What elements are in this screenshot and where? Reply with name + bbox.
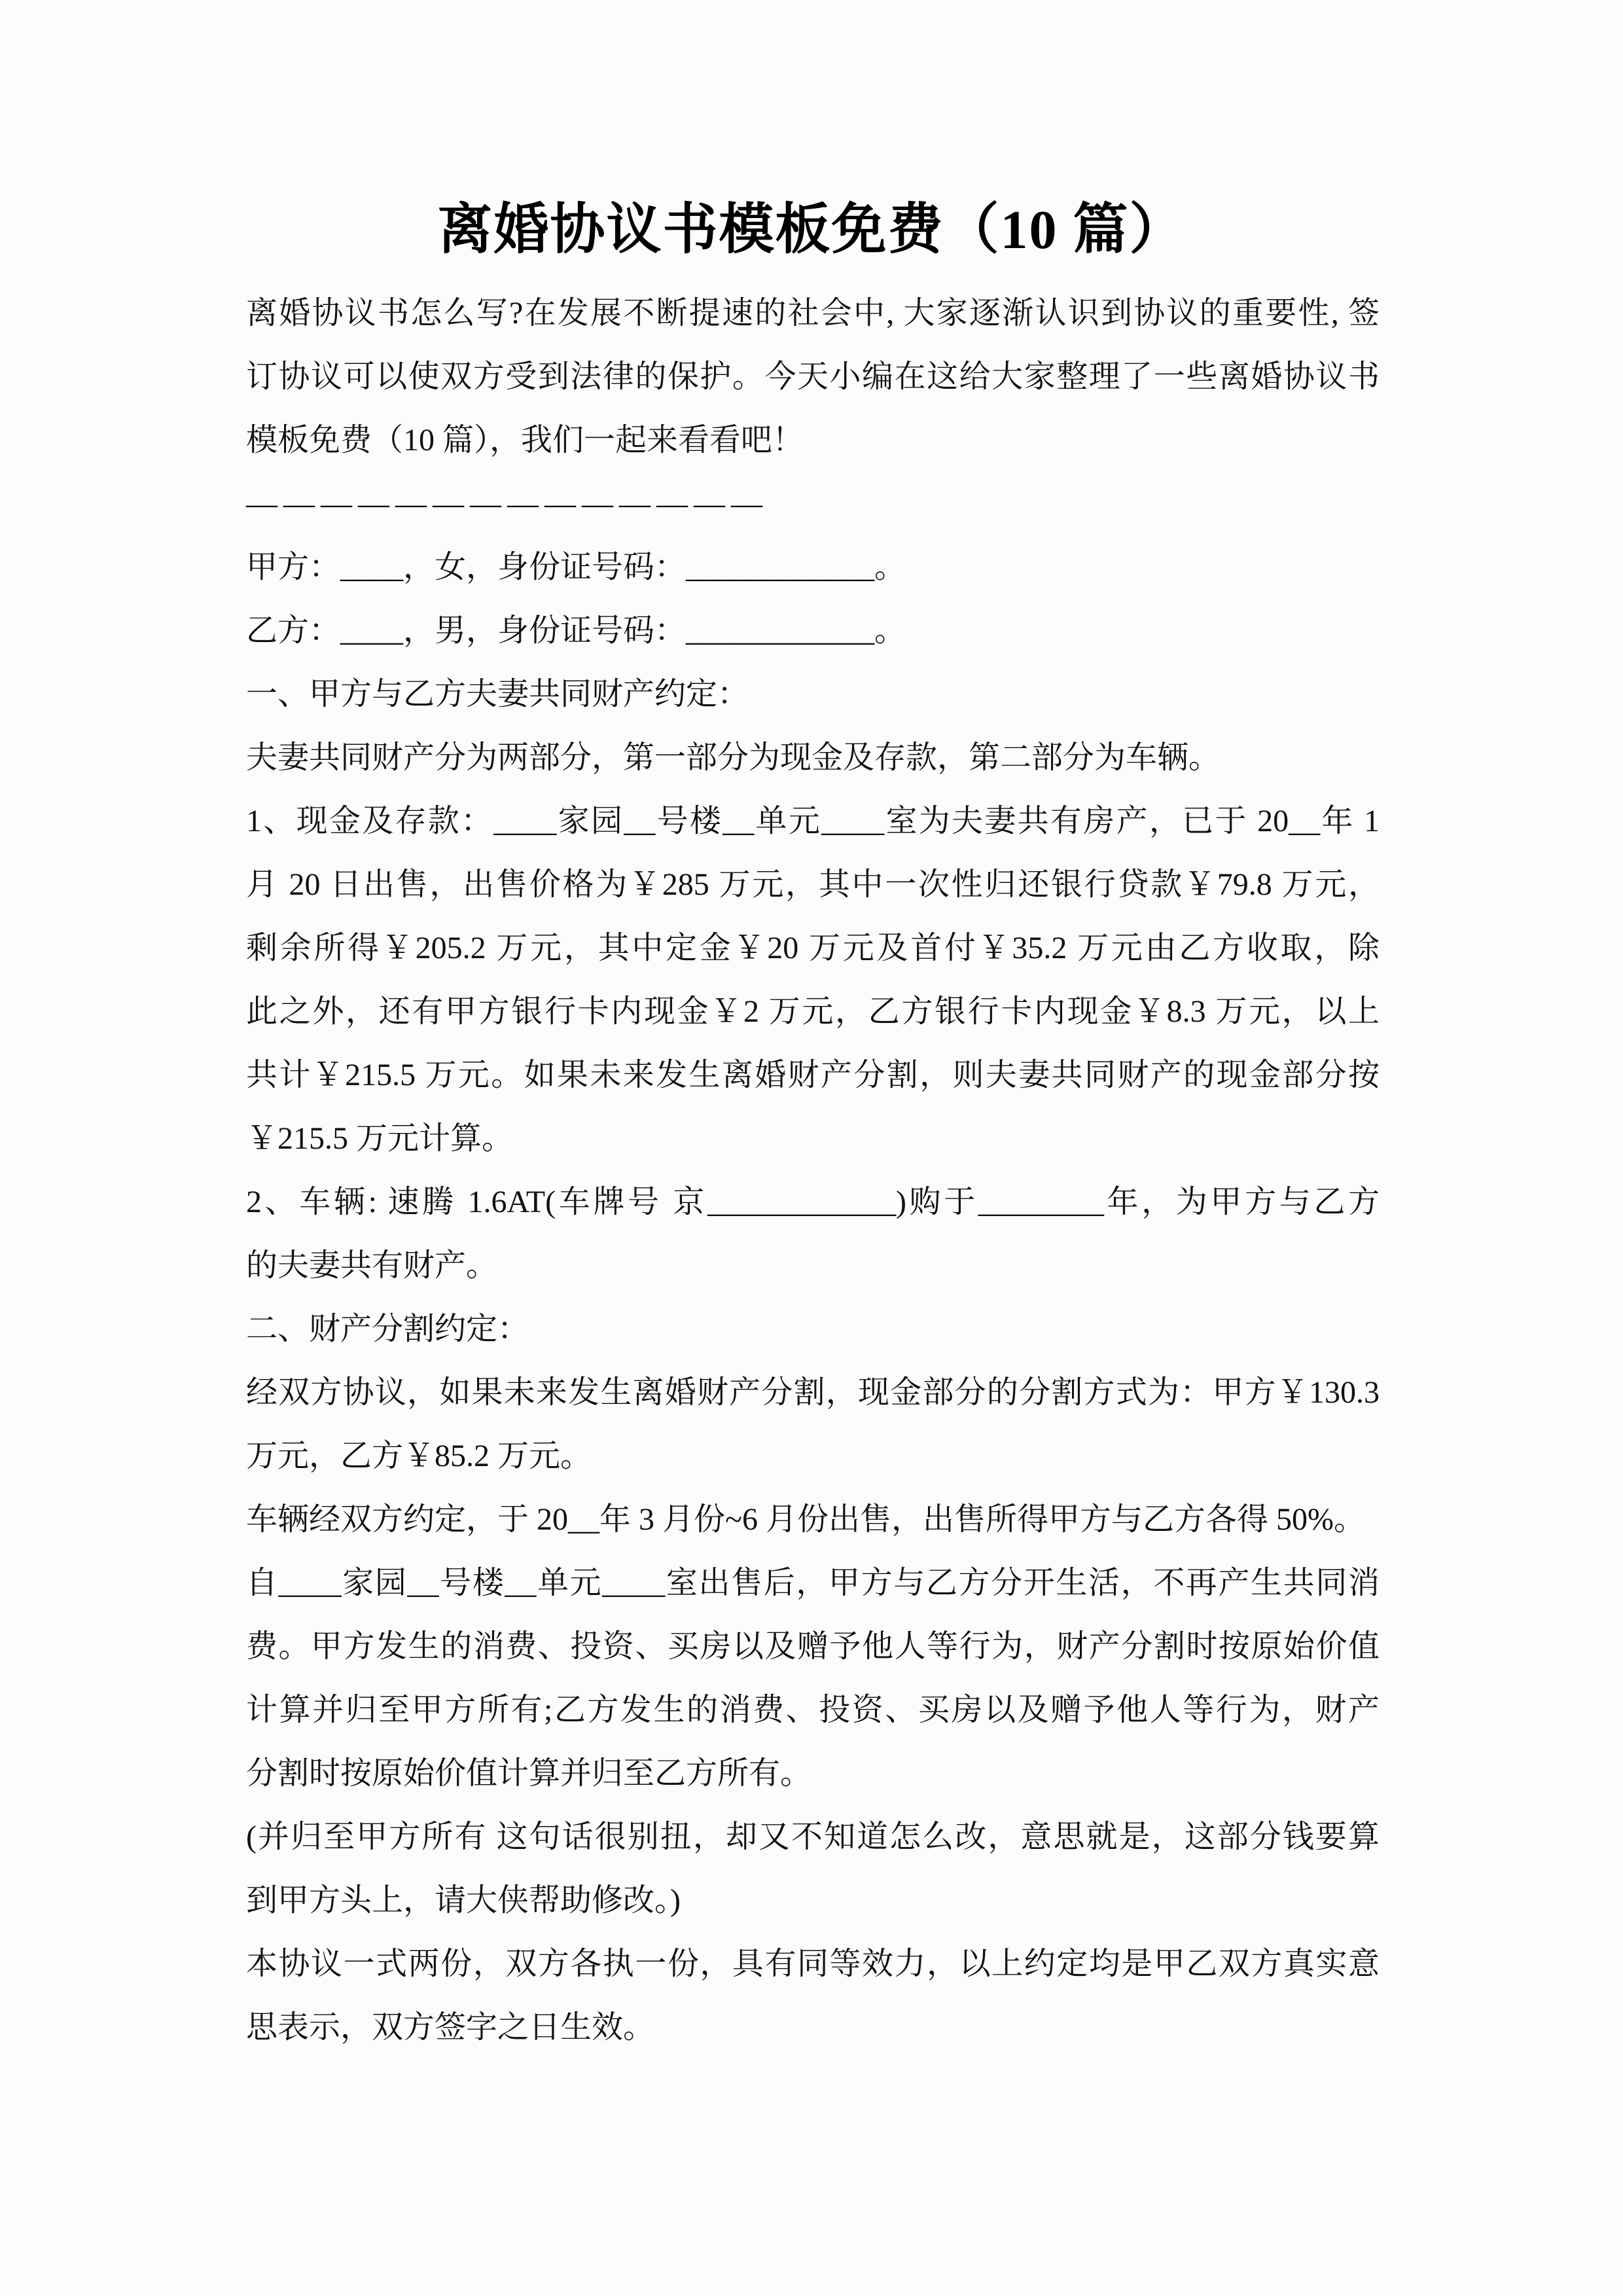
text-line: 计算并归至甲方所有;乙方发生的消费、投资、买房以及赠予他人等行为，财产 (246, 1678, 1380, 1742)
text-line: 费。甲方发生的消费、投资、买房以及赠予他人等行为，财产分割时按原始价值 (246, 1615, 1380, 1678)
text-line: 夫妻共同财产分为两部分，第一部分为现金及存款，第二部分为车辆。 (246, 726, 1380, 789)
text-line: 甲方：____，女，身份证号码：____________。 (246, 535, 1380, 599)
text-line: 月 20 日出售，出售价格为￥285 万元，其中一次性归还银行贷款￥79.8 万… (246, 853, 1380, 916)
page-title: 离婚协议书模板免费（10 篇） (0, 200, 1623, 260)
text-line: 此之外，还有甲方银行卡内现金￥2 万元，乙方银行卡内现金￥8.3 万元，以上 (246, 980, 1380, 1043)
text-line: 2、车辆: 速腾 1.6AT(车牌号 京____________)购于_____… (246, 1170, 1380, 1234)
text-line: ￥215.5 万元计算。 (246, 1107, 1380, 1170)
text-line: (并归至甲方所有 这句话很别扭，却又不知道怎么改，意思就是，这部分钱要算 (246, 1805, 1380, 1869)
document-body: 离婚协议书怎么写?在发展不断提速的社会中, 大家逐渐认识到协议的重要性, 签订协… (246, 281, 1380, 2059)
text-line: 剩余所得￥205.2 万元，其中定金￥20 万元及首付￥35.2 万元由乙方收取… (246, 916, 1380, 980)
text-line: 模板免费（10 篇），我们一起来看看吧！ (246, 408, 1380, 472)
document-page: 离婚协议书模板免费（10 篇） 离婚协议书怎么写?在发展不断提速的社会中, 大家… (0, 0, 1623, 2296)
text-line: 经双方协议，如果未来发生离婚财产分割，现金部分的分割方式为：甲方￥130.3 (246, 1361, 1380, 1424)
text-line: 万元，乙方￥85.2 万元。 (246, 1424, 1380, 1488)
separator-dash-line: —————————————— (246, 472, 1380, 535)
text-line: 自____家园__号楼__单元____室出售后，甲方与乙方分开生活，不再产生共同… (246, 1551, 1380, 1615)
text-line: 本协议一式两份，双方各执一份，具有同等效力，以上约定均是甲乙双方真实意 (246, 1932, 1380, 1996)
text-line: 二、财产分割约定： (246, 1297, 1380, 1361)
text-line: 的夫妻共有财产。 (246, 1234, 1380, 1297)
text-line: 共计￥215.5 万元。如果未来发生离婚财产分割，则夫妻共同财产的现金部分按 (246, 1043, 1380, 1107)
text-line: 一、甲方与乙方夫妻共同财产约定： (246, 662, 1380, 726)
text-line: 思表示，双方签字之日生效。 (246, 1996, 1380, 2059)
text-line: 车辆经双方约定，于 20__年 3 月份~6 月份出售，出售所得甲方与乙方各得 … (246, 1488, 1380, 1551)
text-line: 订协议可以使双方受到法律的保护。今天小编在这给大家整理了一些离婚协议书 (246, 345, 1380, 408)
text-line: 分割时按原始价值计算并归至乙方所有。 (246, 1742, 1380, 1805)
text-line: 离婚协议书怎么写?在发展不断提速的社会中, 大家逐渐认识到协议的重要性, 签 (246, 281, 1380, 345)
text-line: 1、现金及存款：____家园__号楼__单元____室为夫妻共有房产，已于 20… (246, 789, 1380, 853)
text-line: 乙方：____，男，身份证号码：____________。 (246, 599, 1380, 662)
text-line: 到甲方头上，请大侠帮助修改。) (246, 1869, 1380, 1932)
